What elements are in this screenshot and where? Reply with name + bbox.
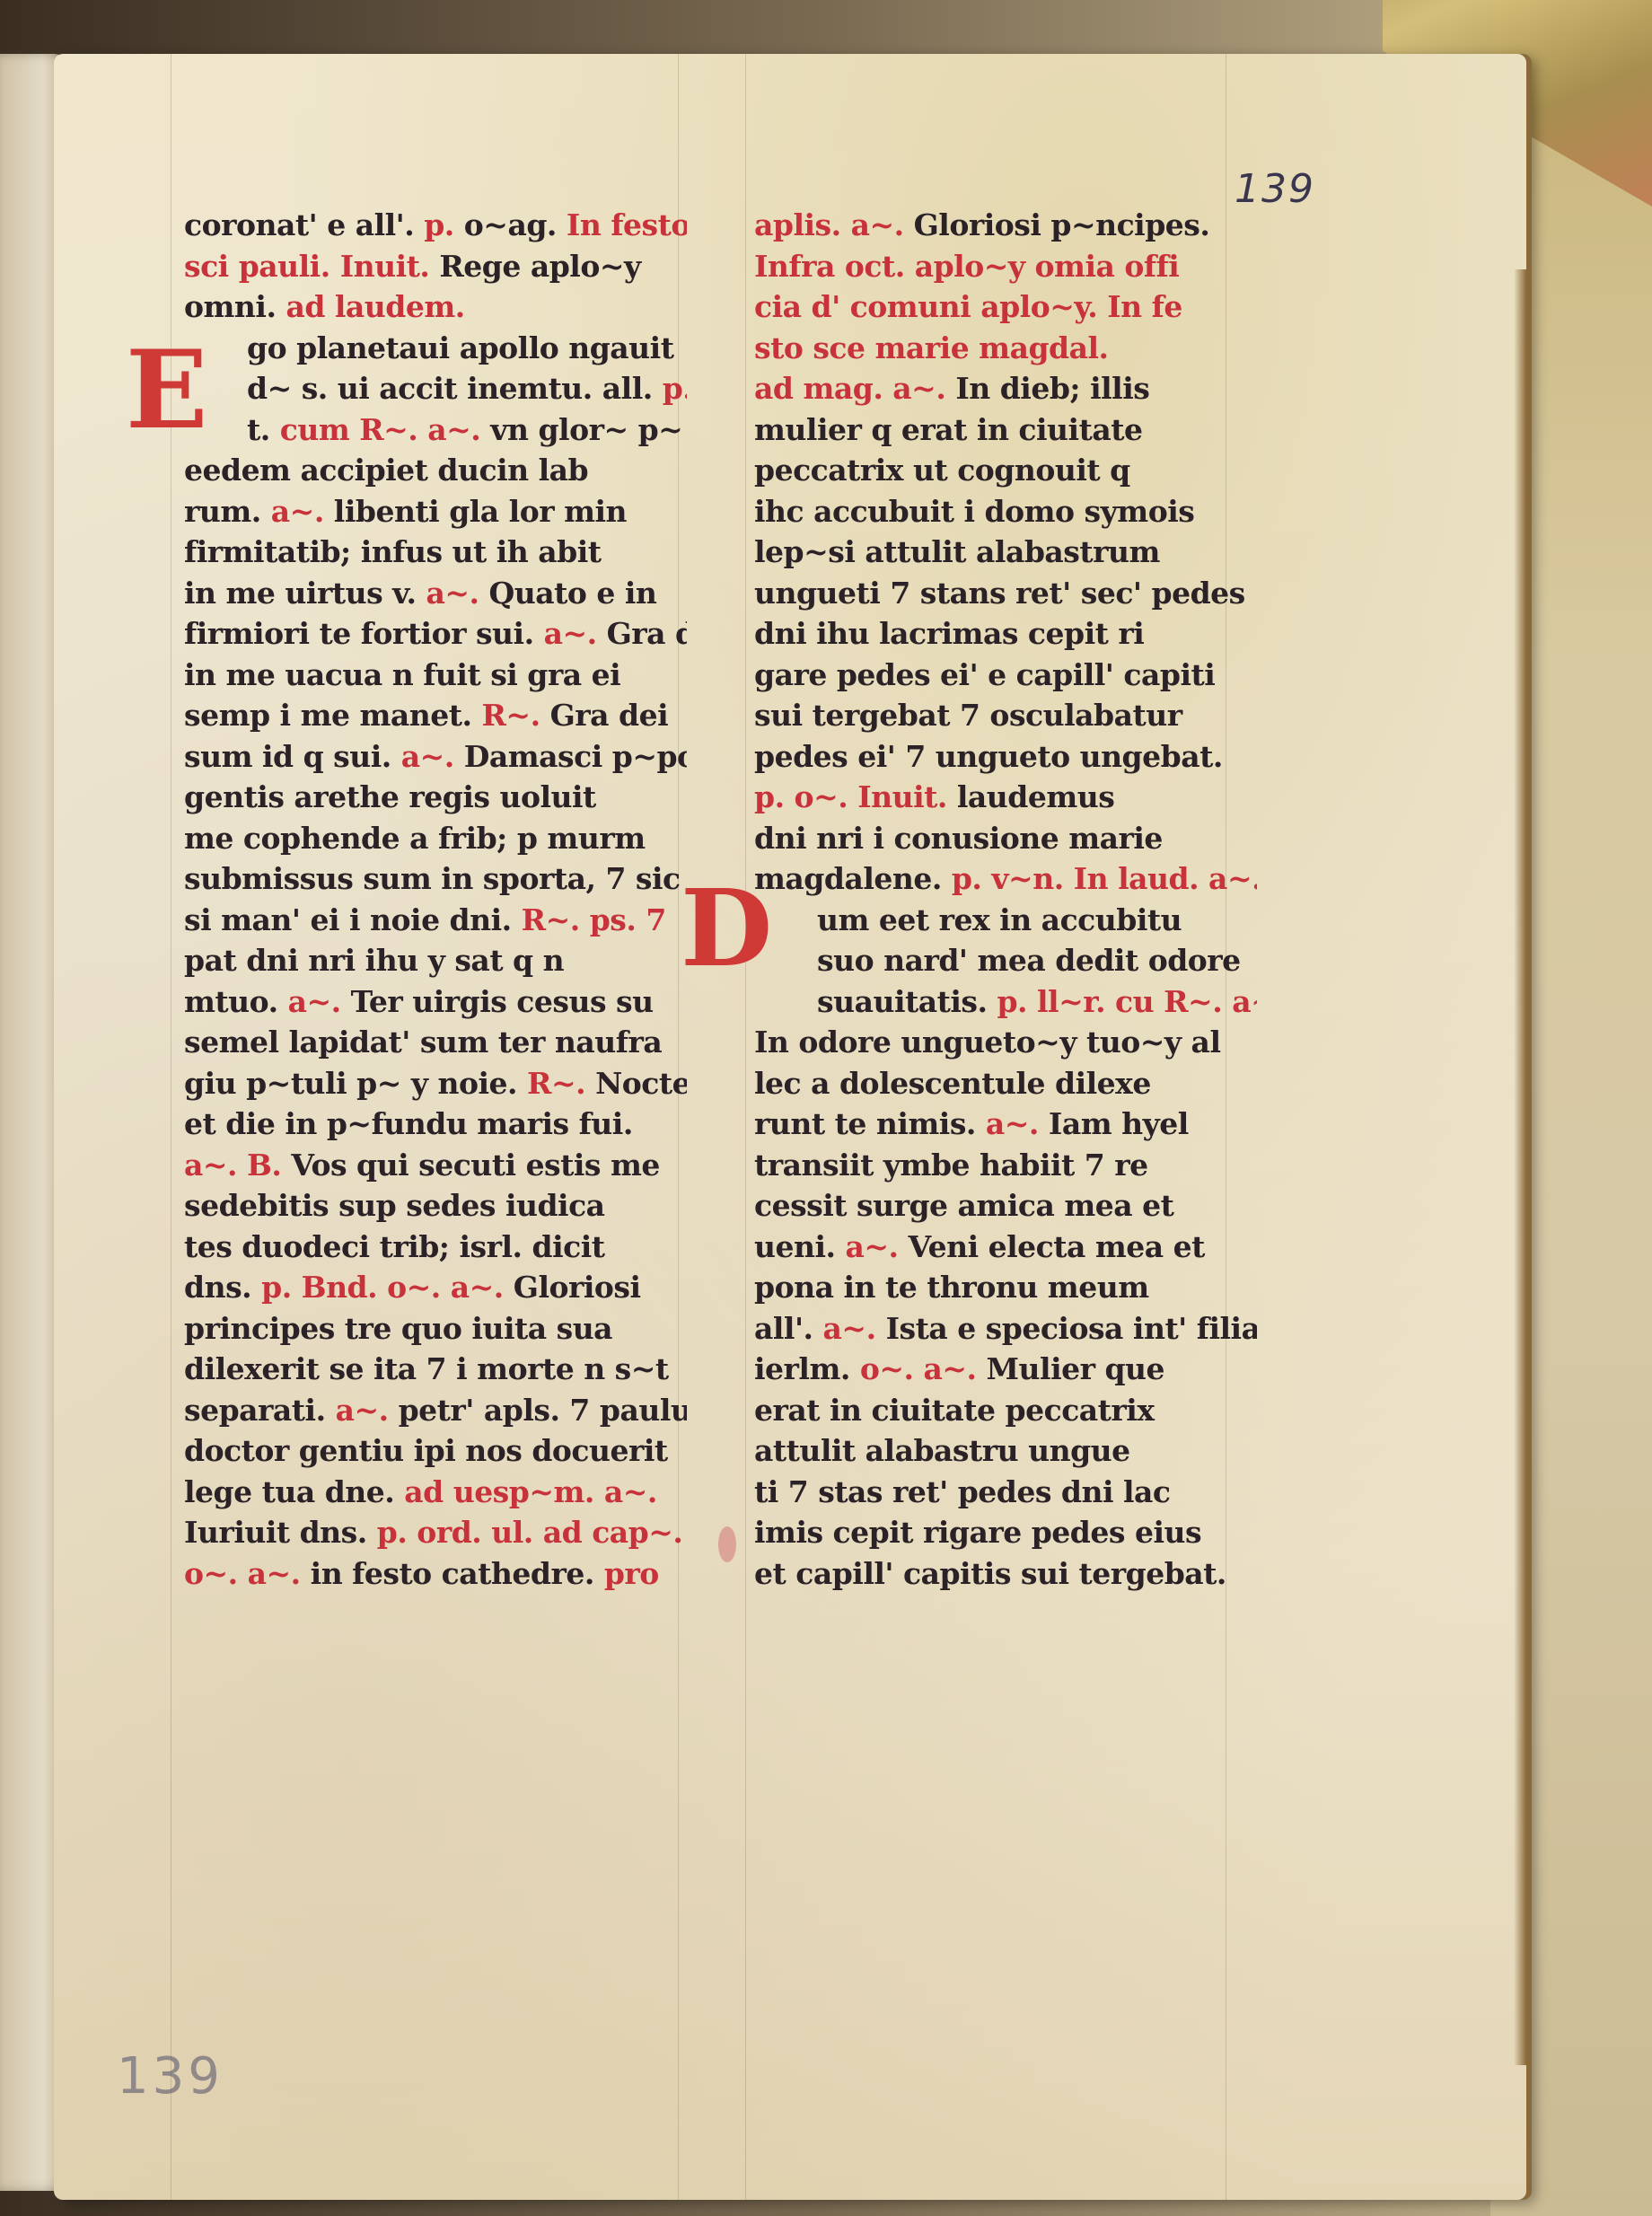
manuscript-line: p. o~. Inuit. laudemus bbox=[754, 777, 1257, 818]
rubric-text: p. ll~r. cu R~. a~. bbox=[997, 984, 1257, 1019]
manuscript-line: suo nard' mea dedit odore bbox=[754, 940, 1257, 981]
ink-text: si man' ei i noie dni. bbox=[184, 902, 522, 937]
manuscript-line: ad mag. a~. In dieb; illis bbox=[754, 368, 1257, 409]
rubric-text: p. Bnd. o~. a~. bbox=[261, 1270, 514, 1305]
manuscript-line: t. cum R~. a~. vn glor~ p~ me bbox=[184, 409, 687, 451]
ink-text: Iuriuit dns. bbox=[184, 1515, 377, 1550]
manuscript-line: Iuriuit dns. p. ord. ul. ad cap~. bbox=[184, 1512, 687, 1553]
ink-text: peccatrix ut cognouit q bbox=[754, 453, 1130, 488]
ink-text: lep~si attulit alabastrum bbox=[754, 534, 1160, 569]
ink-text: Gra dei bbox=[607, 616, 687, 651]
rubric-text: o~. a~. bbox=[860, 1351, 987, 1386]
manuscript-line: Infra oct. aplo~y omia offi bbox=[754, 246, 1257, 287]
ink-text: Ista e speciosa int' filias bbox=[886, 1311, 1257, 1346]
ink-text: o~ag. bbox=[464, 207, 567, 242]
manuscript-line: sci pauli. Inuit. Rege aplo~y bbox=[184, 246, 687, 287]
ink-text: tes duodeci trib; isrl. dicit bbox=[184, 1229, 604, 1264]
ink-text: semp i me manet. bbox=[184, 698, 482, 733]
ink-stain bbox=[718, 1526, 736, 1562]
rubric-text: ad laudem. bbox=[286, 289, 464, 324]
manuscript-line: sum id q sui. a~. Damasci p~posit bbox=[184, 736, 687, 778]
manuscript-line: imis cepit rigare pedes eius bbox=[754, 1512, 1257, 1553]
ink-text: sedebitis sup sedes iudica bbox=[184, 1188, 605, 1223]
ink-text: laudemus bbox=[957, 779, 1114, 814]
ink-text: vn glor~ p~ me bbox=[490, 412, 687, 447]
manuscript-line: dni nri i conusione marie bbox=[754, 818, 1257, 859]
rubric-text: R~. bbox=[482, 698, 550, 733]
ink-text: dni ihu lacrimas cepit ri bbox=[754, 616, 1144, 651]
ink-text: mtuo. bbox=[184, 984, 288, 1019]
manuscript-line: suauitatis. p. ll~r. cu R~. a~. bbox=[754, 981, 1257, 1023]
ink-text: Damasci p~posit bbox=[464, 739, 687, 774]
ink-text: Quato e in bbox=[489, 576, 657, 611]
manuscript-line: gare pedes ei' e capill' capiti bbox=[754, 655, 1257, 696]
manuscript-line: separati. a~. petr' apls. 7 paulus bbox=[184, 1390, 687, 1431]
rubric-text: a~. bbox=[426, 576, 488, 611]
rubric-text: o~. a~. bbox=[184, 1556, 311, 1591]
manuscript-line: principes tre quo iuita sua bbox=[184, 1308, 687, 1350]
ink-text: Iam hyel bbox=[1049, 1106, 1189, 1141]
manuscript-line: sto sce marie magdal. bbox=[754, 328, 1257, 369]
rubric-text: cum R~. a~. bbox=[280, 412, 491, 447]
ink-text: In dieb; illis bbox=[955, 371, 1149, 406]
manuscript-line: ihc accubuit i domo symois bbox=[754, 491, 1257, 532]
ink-text: et capill' capitis sui tergebat. bbox=[754, 1556, 1226, 1591]
ink-text: attulit alabastru ungue bbox=[754, 1433, 1130, 1468]
manuscript-line: lege tua dne. ad uesp~m. a~. bbox=[184, 1472, 687, 1513]
manuscript-line: pat dni nri ihu y sat q n bbox=[184, 940, 687, 981]
folio-number-bottom: 139 bbox=[117, 2047, 224, 2106]
rubric-text: a~. bbox=[846, 1229, 909, 1264]
ink-text: runt te nimis. bbox=[754, 1106, 986, 1141]
ink-text: Gloriosi p~ncipes. bbox=[914, 207, 1210, 242]
manuscript-line: um eet rex in accubitu bbox=[754, 900, 1257, 941]
ink-text: sui tergebat 7 osculabatur bbox=[754, 698, 1182, 733]
manuscript-line: doctor gentiu ipi nos docuerit bbox=[184, 1430, 687, 1472]
rubric-text: a~. bbox=[823, 1311, 886, 1346]
ink-text: all'. bbox=[754, 1311, 823, 1346]
ink-text: dni nri i conusione marie bbox=[754, 821, 1163, 856]
ink-text: ungueti 7 stans ret' sec' pedes bbox=[754, 576, 1245, 611]
ink-text: t. bbox=[247, 412, 280, 447]
ink-text: Ter uirgis cesus su bbox=[351, 984, 654, 1019]
ruling-line bbox=[745, 54, 746, 2200]
ink-text: separati. bbox=[184, 1393, 336, 1428]
manuscript-line: tes duodeci trib; isrl. dicit bbox=[184, 1227, 687, 1268]
text-column-left: coronat' e all'. p. o~ag. In festosci pa… bbox=[184, 205, 687, 1594]
rubric-text: a~. bbox=[401, 739, 464, 774]
ink-text: pat dni nri ihu y sat q n bbox=[184, 943, 564, 978]
ink-text: gare pedes ei' e capill' capiti bbox=[754, 657, 1215, 692]
manuscript-line: go planetaui apollo ngauit bbox=[184, 328, 687, 369]
rubric-text: a~. bbox=[336, 1393, 399, 1428]
manuscript-line: si man' ei i noie dni. R~. ps. 7 bbox=[184, 900, 687, 941]
manuscript-line: ueni. a~. Veni electa mea et bbox=[754, 1227, 1257, 1268]
manuscript-line: mtuo. a~. Ter uirgis cesus su bbox=[184, 981, 687, 1023]
ink-text: Rege aplo~y bbox=[439, 249, 640, 284]
manuscript-line: pedes ei' 7 ungueto ungebat. bbox=[754, 736, 1257, 778]
manuscript-line: et capill' capitis sui tergebat. bbox=[754, 1553, 1257, 1595]
ink-text: lec a dolescentule dilexe bbox=[754, 1066, 1151, 1101]
ink-text: cessit surge amica mea et bbox=[754, 1188, 1173, 1223]
ink-text: suo nard' mea dedit odore bbox=[817, 943, 1241, 978]
manuscript-line: in me uirtus v. a~. Quato e in bbox=[184, 573, 687, 614]
rubric-text: a~. bbox=[986, 1106, 1049, 1141]
rubric-text: a~. B. bbox=[184, 1148, 291, 1183]
manuscript-line: dilexerit se ita 7 i morte n s~t bbox=[184, 1349, 687, 1390]
manuscript-line: transiit ymbe habiit 7 re bbox=[754, 1145, 1257, 1186]
rubric-text: a~. bbox=[544, 616, 607, 651]
manuscript-line: dni ihu lacrimas cepit ri bbox=[754, 613, 1257, 655]
ink-text: in me uacua n fuit si gra ei bbox=[184, 657, 620, 692]
ink-text: et die in p~fundu maris fui. bbox=[184, 1106, 633, 1141]
rubric-text: p. o~. Inuit. bbox=[754, 779, 957, 814]
rubric-text: a~. bbox=[271, 494, 334, 529]
ink-text: suauitatis. bbox=[817, 984, 997, 1019]
manuscript-line: dns. p. Bnd. o~. a~. Gloriosi bbox=[184, 1267, 687, 1308]
manuscript-line: d~ s. ui accit inemtu. all. p. ij bbox=[184, 368, 687, 409]
manuscript-line: in me uacua n fuit si gra ei bbox=[184, 655, 687, 696]
rubric-text: cia d' comuni aplo~y. In fe bbox=[754, 289, 1182, 324]
manuscript-line: semel lapidat' sum ter naufra bbox=[184, 1022, 687, 1063]
rubric-text: pro bbox=[604, 1556, 659, 1591]
manuscript-line: runt te nimis. a~. Iam hyel bbox=[754, 1104, 1257, 1145]
rubric-text: p. ij bbox=[663, 371, 687, 406]
ink-text: omni. bbox=[184, 289, 286, 324]
ink-text: transiit ymbe habiit 7 re bbox=[754, 1148, 1148, 1183]
rubric-text: p. bbox=[424, 207, 464, 242]
manuscript-line: mulier q erat in ciuitate bbox=[754, 409, 1257, 451]
manuscript-line: omni. ad laudem. bbox=[184, 286, 687, 328]
ink-text: go planetaui apollo ngauit bbox=[247, 330, 673, 365]
manuscript-line: ti 7 stas ret' pedes dni lac bbox=[754, 1472, 1257, 1513]
ink-text: doctor gentiu ipi nos docuerit bbox=[184, 1433, 668, 1468]
ink-text: magdalene. bbox=[754, 861, 952, 896]
manuscript-line: semp i me manet. R~. Gra dei bbox=[184, 695, 687, 736]
manuscript-line: et die in p~fundu maris fui. bbox=[184, 1104, 687, 1145]
manuscript-line: lep~si attulit alabastrum bbox=[754, 532, 1257, 573]
manuscript-line: firmiori te fortior sui. a~. Gra dei bbox=[184, 613, 687, 655]
ink-text: pedes ei' 7 ungueto ungebat. bbox=[754, 739, 1223, 774]
manuscript-line: peccatrix ut cognouit q bbox=[754, 450, 1257, 491]
manuscript-line: sui tergebat 7 osculabatur bbox=[754, 695, 1257, 736]
ink-text: pona in te thronu meum bbox=[754, 1270, 1149, 1305]
ink-text: firmiori te fortior sui. bbox=[184, 616, 544, 651]
rubric-text: R~. bbox=[527, 1066, 595, 1101]
ink-text: erat in ciuitate peccatrix bbox=[754, 1393, 1155, 1428]
ink-text: in festo cathedre. bbox=[311, 1556, 604, 1591]
ink-text: Veni electa mea et bbox=[909, 1229, 1205, 1264]
manuscript-line: sedebitis sup sedes iudica bbox=[184, 1185, 687, 1227]
manuscript-line: all'. a~. Ista e speciosa int' filias bbox=[754, 1308, 1257, 1350]
ink-text: Gra dei bbox=[550, 698, 669, 733]
ink-text: submissus sum in sporta, 7 sic eua bbox=[184, 861, 687, 896]
manuscript-line: ierlm. o~. a~. Mulier que bbox=[754, 1349, 1257, 1390]
manuscript-line: o~. a~. in festo cathedre. pro bbox=[184, 1553, 687, 1595]
ink-text: in me uirtus v. bbox=[184, 576, 426, 611]
rubric-text: R~. ps. 7 bbox=[522, 902, 666, 937]
manuscript-line: gentis arethe regis uoluit bbox=[184, 777, 687, 818]
manuscript-line: coronat' e all'. p. o~ag. In festo bbox=[184, 205, 687, 246]
ink-text: dilexerit se ita 7 i morte n s~t bbox=[184, 1351, 669, 1386]
manuscript-line: eedem accipiet ducin lab bbox=[184, 450, 687, 491]
manuscript-line: aplis. a~. Gloriosi p~ncipes. bbox=[754, 205, 1257, 246]
manuscript-line: cia d' comuni aplo~y. In fe bbox=[754, 286, 1257, 328]
ink-text: ti 7 stas ret' pedes dni lac bbox=[754, 1474, 1171, 1509]
ink-text: sum id q sui. bbox=[184, 739, 401, 774]
ink-text: Mulier que bbox=[987, 1351, 1165, 1386]
manuscript-line: submissus sum in sporta, 7 sic eua bbox=[184, 858, 687, 900]
ink-text: me cophende a frib; p murm bbox=[184, 821, 646, 856]
rubric-text: ad uesp~m. a~. bbox=[404, 1474, 657, 1509]
ink-text: lege tua dne. bbox=[184, 1474, 404, 1509]
rubric-text: In festo bbox=[567, 207, 687, 242]
manuscript-line: rum. a~. libenti gla lor min bbox=[184, 491, 687, 532]
manuscript-line: a~. B. Vos qui secuti estis me bbox=[184, 1145, 687, 1186]
ink-text: In odore ungueto~y tuo~y al bbox=[754, 1024, 1220, 1060]
ink-text: rum. bbox=[184, 494, 271, 529]
ink-text: Gloriosi bbox=[514, 1270, 641, 1305]
ink-text: coronat' e all'. bbox=[184, 207, 424, 242]
ink-text: firmitatib; infus ut ih abit bbox=[184, 534, 601, 569]
ink-text: eedem accipiet ducin lab bbox=[184, 453, 588, 488]
ink-text: giu p~tuli p~ y noie. bbox=[184, 1066, 527, 1101]
manuscript-line: me cophende a frib; p murm bbox=[184, 818, 687, 859]
manuscript-line: ungueti 7 stans ret' sec' pedes bbox=[754, 573, 1257, 614]
ink-text: dns. bbox=[184, 1270, 261, 1305]
ink-text: ueni. bbox=[754, 1229, 846, 1264]
rubric-text: p. ord. ul. ad cap~. bbox=[377, 1515, 683, 1550]
text-column-right: aplis. a~. Gloriosi p~ncipes.Infra oct. … bbox=[754, 205, 1257, 1594]
ink-text: libenti gla lor min bbox=[334, 494, 627, 529]
ink-text: mulier q erat in ciuitate bbox=[754, 412, 1142, 447]
manuscript-line: pona in te thronu meum bbox=[754, 1267, 1257, 1308]
ink-text: petr' apls. 7 paulus bbox=[399, 1393, 687, 1428]
ink-text: principes tre quo iuita sua bbox=[184, 1311, 612, 1346]
ink-text: Vos qui secuti estis me bbox=[291, 1148, 660, 1183]
rubric-text: sto sce marie magdal. bbox=[754, 330, 1109, 365]
manuscript-line: attulit alabastru ungue bbox=[754, 1430, 1257, 1472]
ink-text: Nocte bbox=[595, 1066, 687, 1101]
manuscript-line: giu p~tuli p~ y noie. R~. Nocte bbox=[184, 1063, 687, 1104]
rubric-text: sci pauli. Inuit. bbox=[184, 249, 439, 284]
ink-text: ihc accubuit i domo symois bbox=[754, 494, 1194, 529]
ink-text: ierlm. bbox=[754, 1351, 860, 1386]
ink-text: gentis arethe regis uoluit bbox=[184, 779, 596, 814]
ink-text: semel lapidat' sum ter naufra bbox=[184, 1024, 662, 1060]
manuscript-line: firmitatib; infus ut ih abit bbox=[184, 532, 687, 573]
rubric-text: p. v~n. In laud. a~. bbox=[952, 861, 1257, 896]
manuscript-line: magdalene. p. v~n. In laud. a~. bbox=[754, 858, 1257, 900]
manuscript-line: lec a dolescentule dilexe bbox=[754, 1063, 1257, 1104]
rubric-text: Infra oct. aplo~y omia offi bbox=[754, 249, 1179, 284]
manuscript-line: In odore ungueto~y tuo~y al bbox=[754, 1022, 1257, 1063]
ink-text: um eet rex in accubitu bbox=[817, 902, 1182, 937]
ink-text: d~ s. ui accit inemtu. all. bbox=[247, 371, 663, 406]
manuscript-line: cessit surge amica mea et bbox=[754, 1185, 1257, 1227]
rubric-text: a~. bbox=[288, 984, 351, 1019]
rubric-text: ad mag. a~. bbox=[754, 371, 955, 406]
rubric-text: aplis. a~. bbox=[754, 207, 914, 242]
manuscript-line: erat in ciuitate peccatrix bbox=[754, 1390, 1257, 1431]
ink-text: imis cepit rigare pedes eius bbox=[754, 1515, 1201, 1550]
